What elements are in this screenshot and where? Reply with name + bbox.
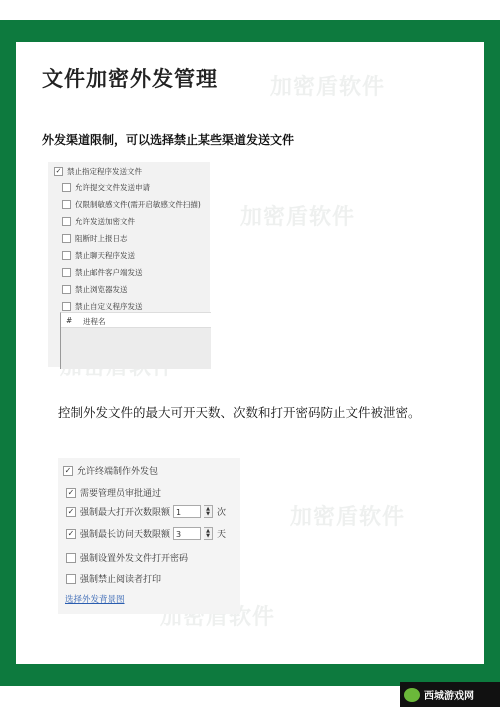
site-name: 西城游戏网: [424, 687, 474, 702]
checkbox-force-password[interactable]: 强制设置外发文件打开密码: [66, 551, 188, 564]
spinner-arrows-icon[interactable]: ▲▼: [204, 505, 213, 518]
checkbox-label: 强制最大打开次数限额: [80, 505, 170, 518]
checkbox-max-open-count[interactable]: ✓ 强制最大打开次数限额 1 ▲▼ 次: [66, 505, 226, 518]
checkbox-checked-icon[interactable]: ✓: [66, 488, 76, 498]
grid-header: # 进程名: [61, 313, 211, 328]
checkbox-label: 强制禁止阅读者打印: [80, 572, 161, 585]
checkbox-label: 禁止指定程序发送文件: [67, 166, 142, 177]
watermark: 加密盾软件: [240, 200, 355, 231]
checkbox-allow-encrypted[interactable]: 允许发送加密文件: [62, 216, 135, 227]
checkbox-label: 禁止自定义程序发送: [75, 301, 143, 312]
checkbox-label: 强制最长访问天数限额: [80, 527, 170, 540]
checkbox-allow-request[interactable]: 允许提交文件发送申请: [62, 182, 150, 193]
grid-header-index: #: [66, 316, 72, 325]
site-logo-icon: [404, 688, 420, 702]
checkbox-label: 禁止邮件客户端发送: [75, 267, 143, 278]
select-background-link-row: 选择外发背景图: [65, 593, 125, 605]
section-heading-channel-limit: 外发渠道限制，可以选择禁止某些渠道发送文件: [42, 131, 294, 148]
checkbox-label: 仅限制敏感文件(需开启敏感文件扫描): [75, 199, 201, 210]
checkbox-unchecked-icon[interactable]: [62, 268, 71, 277]
checkbox-block-mail[interactable]: 禁止邮件客户端发送: [62, 267, 143, 278]
checkbox-require-approval[interactable]: ✓ 需要管理员审批通过: [66, 486, 161, 499]
checkbox-unchecked-icon[interactable]: [62, 183, 71, 192]
checkbox-sensitive-only[interactable]: 仅限制敏感文件(需开启敏感文件扫描): [62, 199, 201, 210]
checkbox-unchecked-icon[interactable]: [62, 251, 71, 260]
unit-label: 次: [217, 505, 226, 518]
checkbox-unchecked-icon[interactable]: [62, 234, 71, 243]
section-description-limits: 控制外发文件的最大可开天数、次数和打开密码防止文件被泄密。: [58, 403, 421, 421]
checkbox-label: 禁止浏览器发送: [75, 284, 128, 295]
select-background-link[interactable]: 选择外发背景图: [65, 593, 125, 605]
checkbox-checked-icon[interactable]: ✓: [66, 507, 76, 517]
checkbox-label: 强制设置外发文件打开密码: [80, 551, 188, 564]
checkbox-unchecked-icon[interactable]: [62, 285, 71, 294]
max-days-stepper[interactable]: 3 ▲▼: [173, 527, 213, 540]
checkbox-label: 需要管理员审批通过: [80, 486, 161, 499]
checkbox-unchecked-icon[interactable]: [62, 217, 71, 226]
checkbox-block-chat[interactable]: 禁止聊天程序发送: [62, 250, 135, 261]
checkbox-allow-outgoing[interactable]: ✓ 允许终端制作外发包: [63, 464, 158, 477]
checkbox-report-log[interactable]: 阻断时上报日志: [62, 233, 128, 244]
checkbox-label: 允许发送加密文件: [75, 216, 135, 227]
site-badge: 西城游戏网: [400, 682, 500, 707]
checkbox-block-browser[interactable]: 禁止浏览器发送: [62, 284, 128, 295]
checkbox-unchecked-icon[interactable]: [66, 553, 76, 563]
checkbox-block-programs[interactable]: ✓ 禁止指定程序发送文件: [54, 166, 142, 177]
checkbox-checked-icon[interactable]: ✓: [54, 167, 63, 176]
max-open-count-input[interactable]: 1: [173, 505, 201, 518]
checkbox-label: 允许终端制作外发包: [77, 464, 158, 477]
checkbox-unchecked-icon[interactable]: [66, 574, 76, 584]
process-grid[interactable]: # 进程名: [60, 312, 211, 369]
checkbox-block-custom[interactable]: 禁止自定义程序发送: [62, 301, 143, 312]
checkbox-max-days[interactable]: ✓ 强制最长访问天数限额 3 ▲▼ 天: [66, 527, 226, 540]
outgoing-package-panel: ✓ 允许终端制作外发包 ✓ 需要管理员审批通过 ✓ 强制最大打开次数限额 1 ▲…: [58, 458, 240, 614]
spinner-arrows-icon[interactable]: ▲▼: [204, 527, 213, 540]
page-title: 文件加密外发管理: [42, 63, 218, 93]
watermark: 加密盾软件: [290, 500, 405, 531]
checkbox-label: 允许提交文件发送申请: [75, 182, 150, 193]
checkbox-unchecked-icon[interactable]: [62, 200, 71, 209]
checkbox-checked-icon[interactable]: ✓: [63, 466, 73, 476]
unit-label: 天: [217, 527, 226, 540]
checkbox-label: 阻断时上报日志: [75, 233, 128, 244]
grid-header-process-name: 进程名: [83, 316, 106, 327]
checkbox-checked-icon[interactable]: ✓: [66, 529, 76, 539]
checkbox-disable-print[interactable]: 强制禁止阅读者打印: [66, 572, 161, 585]
max-open-count-stepper[interactable]: 1 ▲▼: [173, 505, 213, 518]
checkbox-unchecked-icon[interactable]: [62, 302, 71, 311]
watermark: 加密盾软件: [270, 70, 385, 101]
checkbox-label: 禁止聊天程序发送: [75, 250, 135, 261]
max-days-input[interactable]: 3: [173, 527, 201, 540]
